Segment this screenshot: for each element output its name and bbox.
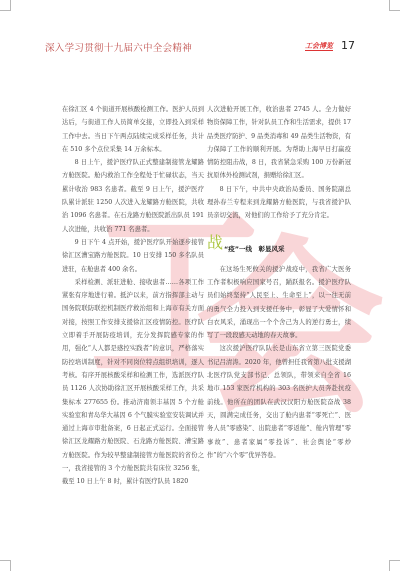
section-subheading: 战 “疫”一线 彰显风采 (207, 239, 351, 255)
series-title: 深入学习贯彻十九届六中全会精神 (45, 40, 192, 54)
crop-mark-bottom-right (389, 560, 400, 571)
subheading-initial: 战 (207, 236, 223, 249)
subheading-text: “疫”一线 彰显风采 (224, 243, 285, 256)
crop-mark-top-right (389, 0, 400, 11)
crop-mark-bottom-left (0, 560, 11, 571)
right-column: 人次进舱开展工作，收治患者 2745 人。全力做好物资保障工作，针对队员工作和生… (207, 103, 351, 462)
paragraph: 在这场生死攸关的援沪战疫中，我省广大医务工作者积极响应国家号召，踊跃报名。援沪医… (207, 263, 351, 343)
magazine-logo: 工会博览 (305, 42, 333, 51)
crop-mark-top-left (0, 0, 11, 11)
paragraph: 8 日上午，援沪医疗队正式整建制接管龙耀路方舱医院。舱内救治工作全程处于忙碌状态… (62, 156, 204, 236)
paragraph: 9 日下午 4 点开始，援沪医疗队开始逐步接管徐汇区漕宝路方舱医院。10 日安排… (62, 236, 204, 276)
paragraph: 在徐汇区 4 个街道开展核酸检测工作。医护人员到达后，与街道工作人员简单交接，立… (62, 103, 204, 156)
paragraph: 这次援沪医疗队队长是山东省立第三医院党委书记吕清涛。2020 年，他曾担任我省第… (207, 342, 351, 462)
left-column: 在徐汇区 4 个街道开展核酸检测工作。医护人员到达后，与街道工作人员简单交接，立… (62, 103, 204, 489)
paragraph: 人次进舱开展工作，收治患者 2745 人。全力做好物资保障工作，针对队员工作和生… (207, 103, 351, 183)
paragraph: 8 日下午，中共中央政治局委员、国务院副总理孙春兰专程来到龙耀路方舱医院，与我省… (207, 183, 351, 223)
page-number: 17 (341, 39, 355, 52)
page-header: 深入学习贯彻十九届六中全会精神 工会博览 17 (45, 40, 355, 56)
paragraph: 采样检测、派驻进舱、接收患者……各项工作紧张有序地进行着。抵沪以来，前方指挥部主… (62, 276, 204, 489)
